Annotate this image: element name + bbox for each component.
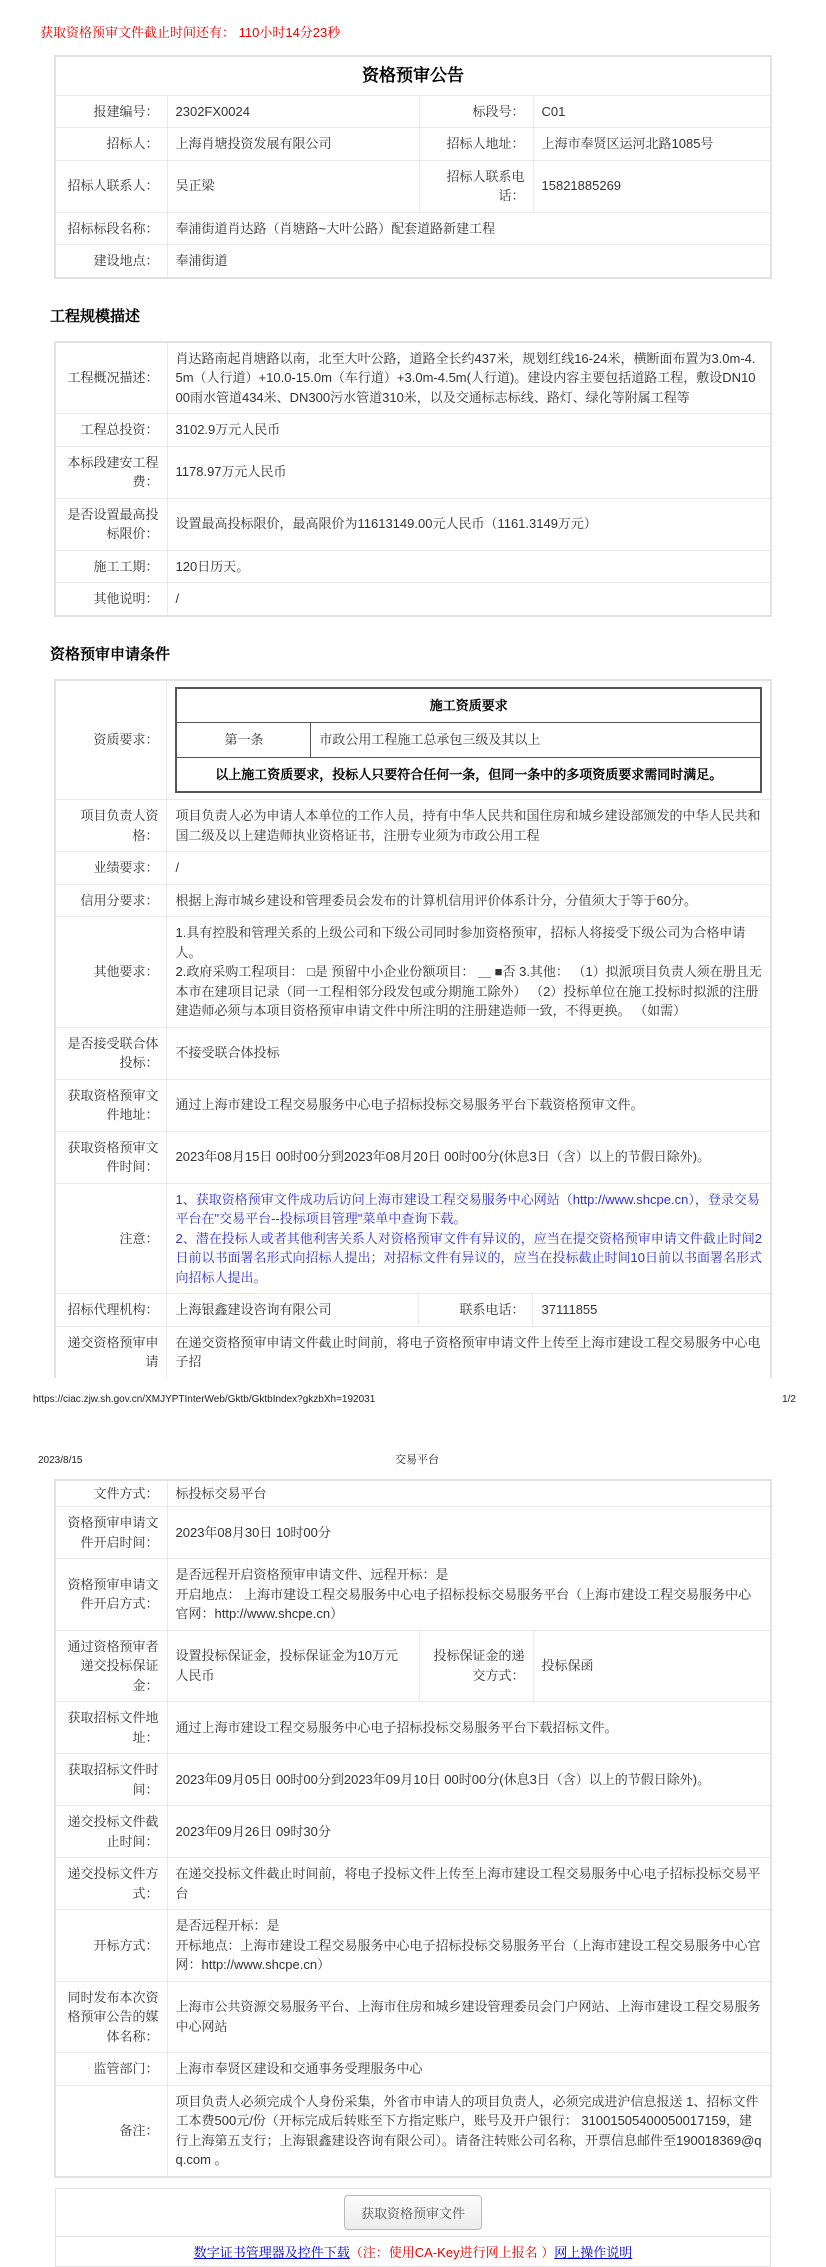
submit-application-value-part2: 标投标交易平台 — [167, 1480, 771, 1507]
contact-name-label: 招标人联系人： — [55, 160, 167, 212]
button-row: 获取资格预审文件 — [56, 2189, 770, 2237]
header-title: 交易平台 — [395, 1451, 439, 1467]
quality-item-number: 第一条 — [176, 723, 310, 758]
quality-table-title: 施工资质要求 — [176, 688, 761, 723]
row-contact: 招标人联系人： 吴正梁 招标人联系电话： 15821885269 — [55, 160, 771, 212]
tenderer-address-label: 招标人地址： — [419, 128, 533, 161]
row-submit-application-part2: 文件方式： 标投标交易平台 — [55, 1480, 771, 1507]
credit-score-requirement-value: 根据上海市城乡建设和管理委员会发布的计算机信用评价体系计分，分值须大于等于60分… — [167, 884, 771, 917]
submit-application-value-part1: 在递交资格预审申请文件截止时间前，将电子资格预审申请文件上传至上海市建设工程交易… — [167, 1326, 771, 1378]
project-overview-label: 工程概况描述： — [55, 342, 167, 414]
row-notice: 注意： 1、获取资格预审文件成功后访问上海市建设工程交易服务中心网站（http:… — [55, 1183, 771, 1294]
credit-score-requirement-label: 信用分要求： — [55, 884, 167, 917]
performance-requirement-value: / — [167, 852, 771, 885]
row-max-bid-price: 是否设置最高投标限价： 设置最高投标限价，最高限价为11613149.00元人民… — [55, 498, 771, 550]
ca-key-note: （注：使用CA-Key进行网上报名 ） — [350, 2245, 554, 2260]
prequalification-file-address-label: 获取资格预审文件地址： — [55, 1079, 167, 1131]
notice-label: 注意： — [55, 1183, 167, 1294]
construction-period-label: 施工工期： — [55, 550, 167, 583]
total-investment-label: 工程总投资： — [55, 414, 167, 447]
get-prequalification-file-button[interactable]: 获取资格预审文件 — [344, 2195, 482, 2230]
row-other-requirements: 其他要求： 1.具有控股和管理关系的上级公司和下级公司同时参加资格预审，招标人将… — [55, 917, 771, 1028]
footer-page-number: 1/2 — [782, 1394, 796, 1405]
submit-application-label-part2: 文件方式： — [55, 1480, 167, 1507]
print-footer-page1: https://ciac.zjw.sh.gov.cn/XMJYPTInterWe… — [0, 1394, 826, 1405]
prequalification-file-time-label: 获取资格预审文件时间： — [55, 1131, 167, 1183]
remarks-label: 备注： — [55, 2085, 167, 2177]
row-other-notes: 其他说明： / — [55, 583, 771, 616]
row-construction-location: 建设地点： 奉浦街道 — [55, 245, 771, 278]
row-tenderer: 招标人： 上海肖塘投资发展有限公司 招标人地址： 上海市奉贤区运河北路1085号 — [55, 128, 771, 161]
construction-location-value: 奉浦街道 — [167, 245, 771, 278]
row-project-manager-qualification: 项目负责人资格： 项目负责人必为申请人本单位的工作人员，持有中华人民共和国住房和… — [55, 800, 771, 852]
application-open-method-label: 资格预审申请文件开启方式： — [55, 1559, 167, 1631]
consortium-bidding-value: 不接受联合体投标 — [167, 1027, 771, 1079]
row-construction-period: 施工工期： 120日历天。 — [55, 550, 771, 583]
print-page-2: 2023/8/15 交易平台 文件方式： 标投标交易平台 资格预审申请文件开启时… — [0, 1451, 826, 2267]
row-prequalification-file-address: 获取资格预审文件地址： 通过上海市建设工程交易服务中心电子招标投标交易服务平台下… — [55, 1079, 771, 1131]
application-open-time-value: 2023年08月30日 10时00分 — [167, 1507, 771, 1559]
bid-deposit-value: 设置投标保证金，投标保证金为10万元人民币 — [167, 1630, 419, 1702]
row-project-code: 报建编号： 2302FX0024 标段号： C01 — [55, 95, 771, 128]
online-operation-guide-link[interactable]: 网上操作说明 — [554, 2245, 632, 2260]
row-bid-submission-deadline: 递交投标文件截止时间： 2023年09月26日 09时30分 — [55, 1806, 771, 1858]
row-bid-file-time: 获取招标文件时间： 2023年09月05日 00时00分到2023年09月10日… — [55, 1754, 771, 1806]
announcement-table: 资格预审公告 报建编号： 2302FX0024 标段号： C01 招标人： 上海… — [54, 55, 772, 279]
tenderer-address-value: 上海市奉贤区运河北路1085号 — [533, 128, 771, 161]
bid-section-name-value: 奉浦街道肖达路（肖塘路~大叶公路）配套道路新建工程 — [167, 212, 771, 245]
supervision-department-value: 上海市奉贤区建设和交通事务受理服务中心 — [167, 2053, 771, 2086]
construction-cost-label: 本标段建安工程费： — [55, 446, 167, 498]
title-row: 资格预审公告 — [55, 56, 771, 95]
quality-table-title-row: 施工资质要求 — [176, 688, 761, 723]
construction-cost-value: 1178.97万元人民币 — [167, 446, 771, 498]
quality-note: 以上施工资质要求，投标人只要符合任何一条，但同一条中的多项资质要求需同时满足。 — [176, 757, 761, 792]
contact-phone-value: 15821885269 — [533, 160, 771, 212]
announcement-media-label: 同时发布本次资格预审公告的媒体名称： — [55, 1981, 167, 2053]
quality-item-row: 第一条 市政公用工程施工总承包三级及其以上 — [176, 723, 761, 758]
max-bid-price-value: 设置最高投标限价，最高限价为11613149.00元人民币（1161.3149万… — [167, 498, 771, 550]
prequalification-file-time-value: 2023年08月15日 00时00分到2023年08月20日 00时00分(休息… — [167, 1131, 771, 1183]
bid-opening-method-value: 是否远程开标：是 开标地点：上海市建设工程交易服务中心电子招标投标交易服务平台（… — [167, 1910, 771, 1982]
bid-submission-deadline-label: 递交投标文件截止时间： — [55, 1806, 167, 1858]
row-submit-application-part1: 递交资格预审申请 在递交资格预审申请文件截止时间前，将电子资格预审申请文件上传至… — [55, 1326, 771, 1378]
row-quality-requirement: 资质要求： 施工资质要求 第一条 市政公用工程施工总承包三级及其以上 — [55, 680, 771, 800]
deposit-method-value: 投标保函 — [533, 1630, 771, 1702]
contact-name-value: 吴正梁 — [167, 160, 419, 212]
row-bid-deposit: 通过资格预审者递交投标保证金： 设置投标保证金，投标保证金为10万元人民币 投标… — [55, 1630, 771, 1702]
row-credit-score-requirement: 信用分要求： 根据上海市城乡建设和管理委员会发布的计算机信用评价体系计分，分值须… — [55, 884, 771, 917]
project-manager-qualification-value: 项目负责人必为申请人本单位的工作人员，持有中华人民共和国住房和城乡建设部颁发的中… — [167, 800, 771, 852]
header-date: 2023/8/15 — [38, 1455, 395, 1466]
section-heading-project-scale: 工程规模描述 — [50, 305, 826, 326]
project-overview-value: 肖达路南起肖塘路以南，北至大叶公路，道路全长约437米，规划红线16-24米，横… — [167, 342, 771, 414]
bid-deposit-label: 通过资格预审者递交投标保证金： — [55, 1630, 167, 1702]
deposit-method-label: 投标保证金的递交方式： — [419, 1630, 533, 1702]
bid-section-no-value: C01 — [533, 95, 771, 128]
row-bidding-agency: 招标代理机构： 上海银鑫建设咨询有限公司 联系电话： 37111855 — [55, 1294, 771, 1327]
bid-file-time-label: 获取招标文件时间： — [55, 1754, 167, 1806]
links-row: 数字证书管理器及控件下载（注：使用CA-Key进行网上报名 ）网上操作说明 — [56, 2237, 770, 2266]
bid-submission-method-value: 在递交投标文件截止时间前，将电子投标文件上传至上海市建设工程交易服务中心电子招标… — [167, 1858, 771, 1910]
row-bid-section-name: 招标标段名称： 奉浦街道肖达路（肖塘路~大叶公路）配套道路新建工程 — [55, 212, 771, 245]
notice-value: 1、获取资格预审文件成功后访问上海市建设工程交易服务中心网站（http://ww… — [167, 1183, 771, 1294]
certificate-manager-download-link[interactable]: 数字证书管理器及控件下载 — [194, 2245, 350, 2260]
row-supervision-department: 监管部门： 上海市奉贤区建设和交通事务受理服务中心 — [55, 2053, 771, 2086]
remarks-value: 项目负责人必须完成个人身份采集，外省市申请人的项目负责人，必须完成进沪信息报送 … — [167, 2085, 771, 2177]
row-total-investment: 工程总投资： 3102.9万元人民币 — [55, 414, 771, 447]
contact-phone-label: 招标人联系电话： — [419, 160, 533, 212]
tenderer-value: 上海肖塘投资发展有限公司 — [167, 128, 419, 161]
row-consortium-bidding: 是否接受联合体投标： 不接受联合体投标 — [55, 1027, 771, 1079]
page-title: 资格预审公告 — [55, 56, 771, 95]
other-requirements-value: 1.具有控股和管理关系的上级公司和下级公司同时参加资格预审，招标人将接受下级公司… — [167, 917, 771, 1028]
countdown-text: 获取资格预审文件截止时间还有： 110小时14分23秒 — [40, 22, 826, 41]
quality-requirement-cell: 施工资质要求 第一条 市政公用工程施工总承包三级及其以上 以上施工资质要求，投标… — [167, 680, 771, 800]
project-code-value: 2302FX0024 — [167, 95, 419, 128]
bid-submission-method-label: 递交投标文件方式： — [55, 1858, 167, 1910]
other-notes-value: / — [167, 583, 771, 616]
construction-quality-table: 施工资质要求 第一条 市政公用工程施工总承包三级及其以上 以上施工资质要求，投标… — [175, 687, 762, 794]
row-bid-opening-method: 开标方式： 是否远程开标：是 开标地点：上海市建设工程交易服务中心电子招标投标交… — [55, 1910, 771, 1982]
row-project-overview: 工程概况描述： 肖达路南起肖塘路以南，北至大叶公路，道路全长约437米，规划红线… — [55, 342, 771, 414]
print-header-page2: 2023/8/15 交易平台 — [0, 1451, 826, 1467]
footer-url: https://ciac.zjw.sh.gov.cn/XMJYPTInterWe… — [33, 1394, 375, 1405]
consortium-bidding-label: 是否接受联合体投标： — [55, 1027, 167, 1079]
max-bid-price-label: 是否设置最高投标限价： — [55, 498, 167, 550]
row-prequalification-file-time: 获取资格预审文件时间： 2023年08月15日 00时00分到2023年08月2… — [55, 1131, 771, 1183]
bid-file-address-label: 获取招标文件地址： — [55, 1702, 167, 1754]
prequalification-conditions-table: 资质要求： 施工资质要求 第一条 市政公用工程施工总承包三级及其以上 — [54, 679, 772, 1378]
announcement-media-value: 上海市公共资源交易服务平台、上海市住房和城乡建设管理委员会门户网站、上海市建设工… — [167, 1981, 771, 2053]
bid-section-name-label: 招标标段名称： — [55, 212, 167, 245]
row-construction-cost: 本标段建安工程费： 1178.97万元人民币 — [55, 446, 771, 498]
project-code-label: 报建编号： — [55, 95, 167, 128]
bid-opening-method-label: 开标方式： — [55, 1910, 167, 1982]
row-application-open-method: 资格预审申请文件开启方式： 是否远程开启资格预审申请文件、远程开标：是 开启地点… — [55, 1559, 771, 1631]
application-open-time-label: 资格预审申请文件开启时间： — [55, 1507, 167, 1559]
tenderer-label: 招标人： — [55, 128, 167, 161]
other-requirements-label: 其他要求： — [55, 917, 167, 1028]
other-notes-label: 其他说明： — [55, 583, 167, 616]
agency-phone-value: 37111855 — [533, 1294, 771, 1327]
action-area: 获取资格预审文件 数字证书管理器及控件下载（注：使用CA-Key进行网上报名 ）… — [55, 2188, 771, 2267]
trading-platform-table: 文件方式： 标投标交易平台 资格预审申请文件开启时间： 2023年08月30日 … — [54, 1479, 772, 2178]
section-heading-prequalification-conditions: 资格预审申请条件 — [50, 643, 826, 664]
quality-item-text: 市政公用工程施工总承包三级及其以上 — [311, 723, 761, 758]
quality-note-row: 以上施工资质要求，投标人只要符合任何一条，但同一条中的多项资质要求需同时满足。 — [176, 757, 761, 792]
total-investment-value: 3102.9万元人民币 — [167, 414, 771, 447]
project-scale-table: 工程概况描述： 肖达路南起肖塘路以南，北至大叶公路，道路全长约437米，规划红线… — [54, 341, 772, 617]
bidding-agency-label: 招标代理机构： — [55, 1294, 167, 1327]
bid-file-address-value: 通过上海市建设工程交易服务中心电子招标投标交易服务平台下载招标文件。 — [167, 1702, 771, 1754]
submit-application-label-part1: 递交资格预审申请 — [55, 1326, 167, 1378]
project-manager-qualification-label: 项目负责人资格： — [55, 800, 167, 852]
bid-submission-deadline-value: 2023年09月26日 09时30分 — [167, 1806, 771, 1858]
agency-phone-label: 联系电话： — [419, 1294, 533, 1327]
supervision-department-label: 监管部门： — [55, 2053, 167, 2086]
quality-requirement-label: 资质要求： — [55, 680, 167, 800]
row-bid-submission-method: 递交投标文件方式： 在递交投标文件截止时间前，将电子投标文件上传至上海市建设工程… — [55, 1858, 771, 1910]
row-application-open-time: 资格预审申请文件开启时间： 2023年08月30日 10时00分 — [55, 1507, 771, 1559]
print-page-1: 获取资格预审文件截止时间还有： 110小时14分23秒 资格预审公告 报建编号：… — [0, 22, 826, 1405]
row-announcement-media: 同时发布本次资格预审公告的媒体名称： 上海市公共资源交易服务平台、上海市住房和城… — [55, 1981, 771, 2053]
application-open-method-value: 是否远程开启资格预审申请文件、远程开标：是 开启地点： 上海市建设工程交易服务中… — [167, 1559, 771, 1631]
construction-period-value: 120日历天。 — [167, 550, 771, 583]
construction-location-label: 建设地点： — [55, 245, 167, 278]
performance-requirement-label: 业绩要求： — [55, 852, 167, 885]
row-performance-requirement: 业绩要求： / — [55, 852, 771, 885]
bidding-agency-value: 上海银鑫建设咨询有限公司 — [167, 1294, 419, 1327]
row-bid-file-address: 获取招标文件地址： 通过上海市建设工程交易服务中心电子招标投标交易服务平台下载招… — [55, 1702, 771, 1754]
row-remarks: 备注： 项目负责人必须完成个人身份采集，外省市申请人的项目负责人，必须完成进沪信… — [55, 2085, 771, 2177]
bid-file-time-value: 2023年09月05日 00时00分到2023年09月10日 00时00分(休息… — [167, 1754, 771, 1806]
bid-section-no-label: 标段号： — [419, 95, 533, 128]
prequalification-file-address-value: 通过上海市建设工程交易服务中心电子招标投标交易服务平台下载资格预审文件。 — [167, 1079, 771, 1131]
